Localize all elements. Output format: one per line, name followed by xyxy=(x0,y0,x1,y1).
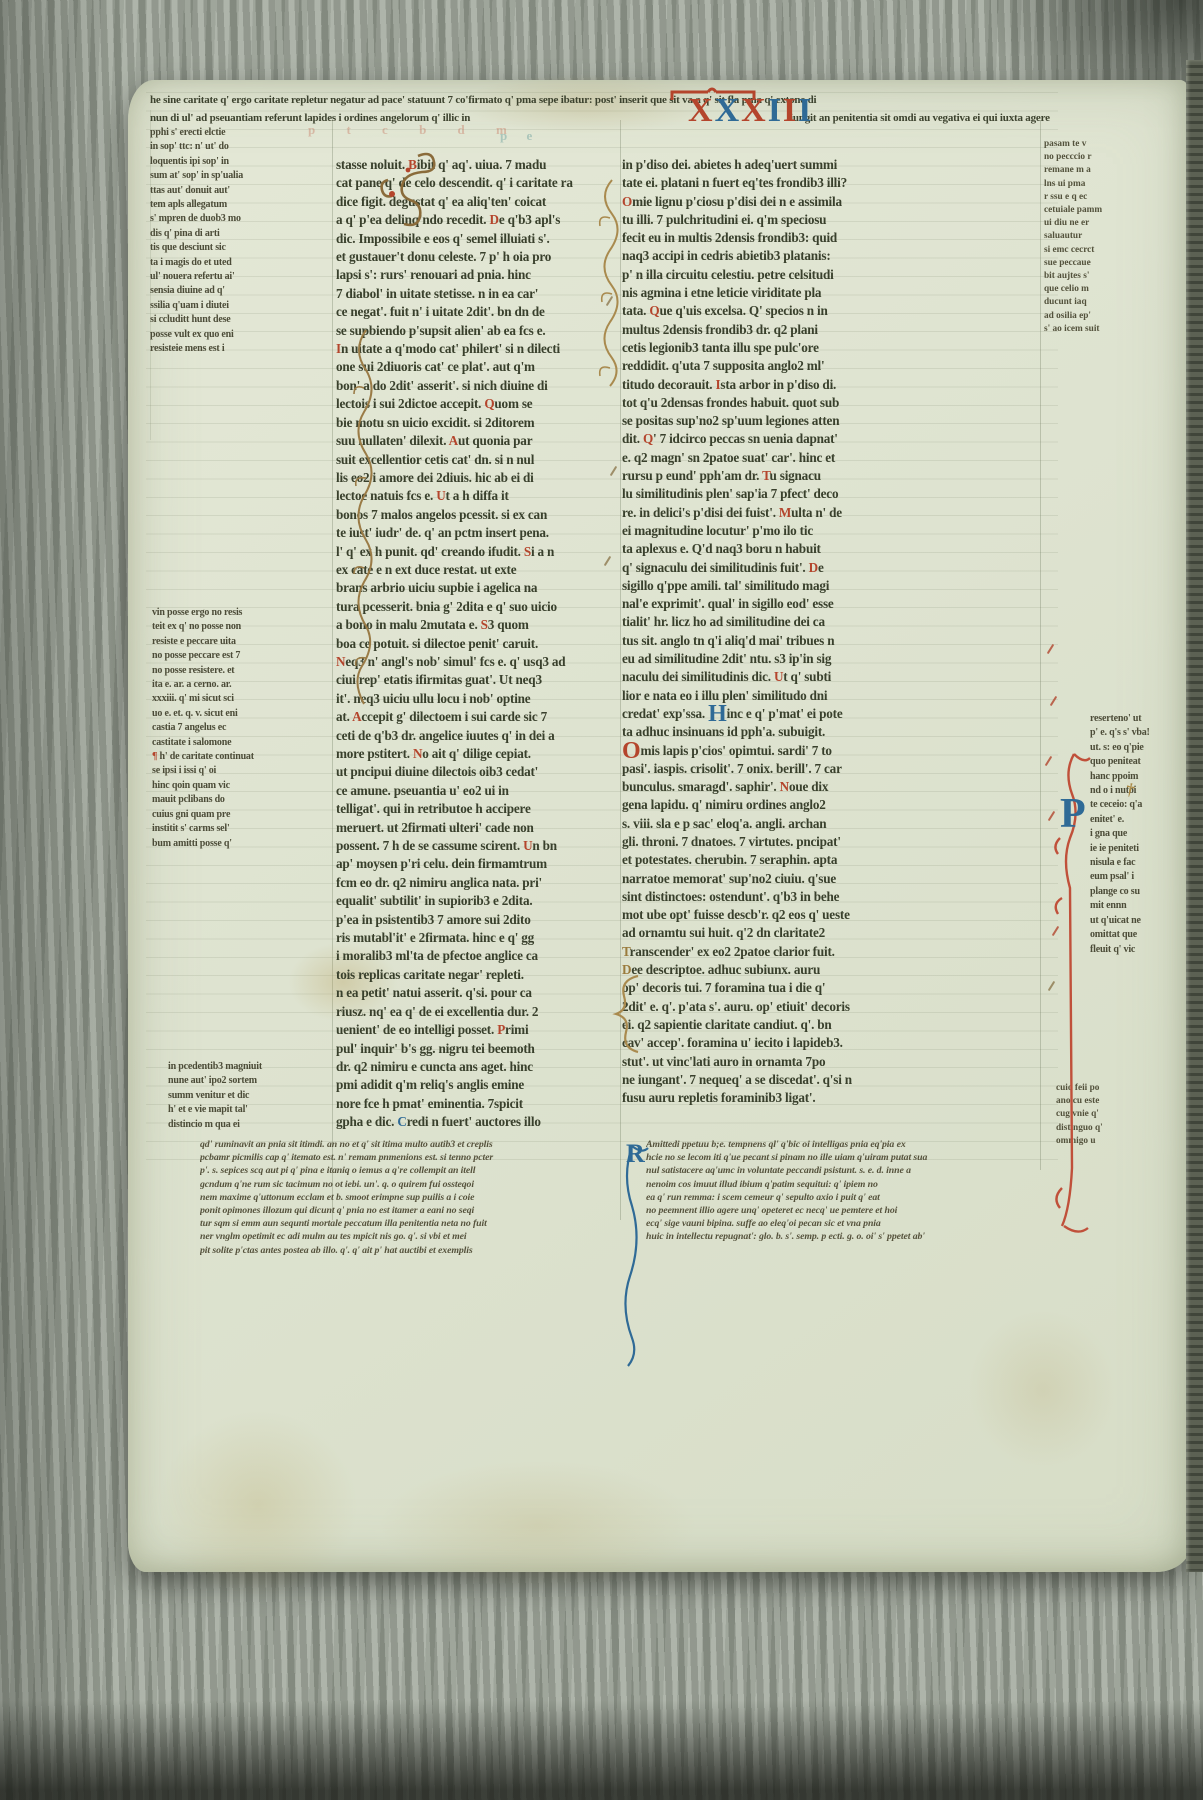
text-line: bit aujtes s' xyxy=(1044,270,1170,283)
text-line: naq3 accipi in cedris abietib3 platanis: xyxy=(622,247,1040,265)
text-line: ponit opimones illozum qui dicunt q' pni… xyxy=(200,1204,648,1217)
text-line: tata. Que q'uis excelsa. Q' specios n in xyxy=(622,302,1040,320)
rubricated-initial: I xyxy=(715,377,720,392)
rubricated-initial: ¶ xyxy=(152,751,157,762)
text-line: eum psal' i xyxy=(1090,870,1190,884)
running-header-line2-right: iungit an penitentia sit omdi au vegativ… xyxy=(790,112,1170,124)
text-line: uo e. et. q. v. sicut eni xyxy=(152,707,334,721)
text-line: more pstitert. No ait q' dilige cepiat. xyxy=(336,745,620,763)
rubricated-initial: O xyxy=(622,742,640,760)
text-line: Amittedi ppetuu b;e. tempnens ql' q'bic … xyxy=(646,1138,1076,1151)
text-line: ce negat'. fuit n' i uitate 2dit'. bn dn… xyxy=(336,303,620,321)
text-line: h' et e vie mapit tal' xyxy=(168,1103,340,1117)
rubricated-initial: A xyxy=(352,709,361,724)
text-line: ad osilia ep' xyxy=(1044,310,1170,323)
text-line: ducunt iaq xyxy=(1044,296,1170,309)
text-line: ut. s: eo q'pie xyxy=(1090,741,1190,755)
text-line: tot q'u 2densas frondes habuit. quot sub xyxy=(622,394,1040,412)
text-line: telligat'. qui in retributoe h accipere xyxy=(336,800,620,818)
text-line: ita e. ar. a cerno. ar. xyxy=(152,678,334,692)
text-line: q' signaculu dei similitudinis fuit'. De xyxy=(622,559,1040,577)
text-line: gli. throni. 7 dnatoes. 7 virtutes. pnci… xyxy=(622,833,1040,851)
text-line: nal'e exprimit'. qual' in sigillo eod' e… xyxy=(622,595,1040,613)
text-line: bum amitti posse q' xyxy=(152,837,334,851)
text-line: dit. Q' 7 idcirco peccas sn uenia dapnat… xyxy=(622,430,1040,448)
text-line: nul satistacere aq'umc in voluntate pecc… xyxy=(646,1164,1076,1177)
text-line: ssilia q'uam i diutei xyxy=(150,299,332,313)
text-line: narratoe memorat' sup'no2 ciuiu. q'sue xyxy=(622,870,1040,888)
text-line: p'. s. sepices scq aut pi q' pina e itan… xyxy=(200,1164,648,1177)
text-line: se ipsi i issi q' oi xyxy=(152,764,334,778)
text-line: ne iungant'. 7 nequeq' a se discedat'. q… xyxy=(622,1071,1040,1089)
text-line: l' q' ex h punit. qd' creando ifudit. Si… xyxy=(336,543,620,561)
text-line: mit ennn xyxy=(1090,899,1190,913)
text-line: ie ie peniteti xyxy=(1090,842,1190,856)
text-line: pul' inquir' b's gg. nigru tei beemoth xyxy=(336,1040,620,1058)
text-line: ei. q2 sapientie claritate candiut. q'. … xyxy=(622,1016,1040,1034)
text-line: hanc ppoim xyxy=(1090,770,1190,784)
text-line: ceti de q'b3 dr. angelice iuutes q' in d… xyxy=(336,727,620,745)
text-line: que celio m xyxy=(1044,283,1170,296)
text-line: ut pncipui diuine dilectois oib3 cedat' xyxy=(336,763,620,781)
text-line: 2dit' e. q'. p'ata s'. auru. op' etiuit'… xyxy=(622,998,1040,1016)
rubricated-initial: M xyxy=(779,505,791,520)
text-line: r ssu e q ec xyxy=(1044,191,1170,204)
text-line: boa ce potuit. si dilectoe penit' caruit… xyxy=(336,635,620,653)
text-line: s' mpren de duob3 mo xyxy=(150,212,332,226)
marginal-vine-flourish xyxy=(350,328,378,708)
text-line: Dee descriptoe. adhuc subiunx. auru xyxy=(622,961,1040,979)
rubricated-initial: D xyxy=(809,560,818,575)
text-line: pcbamr picmilis cap q' itemato est. n' r… xyxy=(200,1151,648,1164)
text-line: ¶ h' de caritate continuat xyxy=(152,750,334,764)
text-line: omittat que xyxy=(1090,928,1190,942)
text-line: op' decoris tui. 7 foramina tua i die q' xyxy=(622,979,1040,997)
text-line: in pcedentib3 magniuit xyxy=(168,1060,340,1074)
text-line: enitet' e. xyxy=(1090,813,1190,827)
parchment-stain xyxy=(378,1460,698,1590)
text-line: sigillo q'ppe amili. tal' similitudo mag… xyxy=(622,577,1040,595)
text-line: tus sit. anglo tn q'i aliq'd mai' tribue… xyxy=(622,632,1040,650)
text-line: n ea petit' natui asserit. q'si. pour ca xyxy=(336,984,620,1002)
text-line: cuius gni quam pre xyxy=(152,808,334,822)
adjacent-page-edge xyxy=(1186,60,1203,1572)
text-line: dis q' pina di arti xyxy=(150,227,332,241)
text-line: lectoe natuis fcs e. Ut a h diffa it xyxy=(336,487,620,505)
initial-flourish-transcendit xyxy=(608,970,648,1056)
rubricated-initial: S xyxy=(481,617,488,632)
text-line: ta adhuc insinuans id pph'a. subuigit. xyxy=(622,723,1040,741)
text-line: hcie no se lecom iti q'ue pecant si pina… xyxy=(646,1151,1076,1164)
text-line: Omie lignu p'ciosu p'disi dei n e assimi… xyxy=(622,193,1040,211)
text-line: s' ao icem suit xyxy=(1044,323,1170,336)
text-line: tem apls allegatum xyxy=(150,198,332,212)
text-line: teit ex q' no posse non xyxy=(152,620,334,634)
text-line: lectois i sui 2dictoe accepit. Quom se xyxy=(336,395,620,413)
top-left-marginal-gloss: pphi s' erecti elctiein sop' ttc: n' ut'… xyxy=(150,126,332,357)
bottom-commentary-right: Amittedi ppetuu b;e. tempnens ql' q'bic … xyxy=(646,1138,1076,1244)
penwork-initial-p: P xyxy=(1060,794,1086,834)
text-line: ei magnitudine locutur' p'mo ilo tic xyxy=(622,522,1040,540)
text-line: ta i magis do et uted xyxy=(150,256,332,270)
text-line: fleuit q' vic xyxy=(1090,943,1190,957)
text-line: gpha e dic. Credi n fuert' auctores illo xyxy=(336,1113,620,1131)
text-line: cetis legionib3 tanta illu spe pulc'ore xyxy=(622,339,1040,357)
text-line: tate ei. platani n fuert eq'tes frondib3… xyxy=(622,174,1040,192)
rubricated-initial: U xyxy=(436,488,445,503)
text-line: remane m a xyxy=(1044,164,1170,177)
text-line: quo peniteat xyxy=(1090,755,1190,769)
text-line: it'. neq3 uiciu ullu locu i nob' optine xyxy=(336,690,620,708)
text-line: bunculus. smaragd'. saphir'. Noue dix xyxy=(622,778,1040,796)
rubricated-initial: P xyxy=(497,1022,505,1037)
text-line: suit excellentior cetis cat' dn. si n nu… xyxy=(336,451,620,469)
text-line: sint distinctoes: ostendunt'. q'b3 in be… xyxy=(622,888,1040,906)
numeral-letter: I xyxy=(783,92,798,129)
text-line: sensia diuine ad q' xyxy=(150,284,332,298)
top-right-marginal-gloss: pasam te vno pecccio rremane m alns ui p… xyxy=(1044,138,1170,336)
text-line: ce amune. pseuantia u' eo2 ui in xyxy=(336,782,620,800)
text-line: Omis lapis p'cios' opimtui. sardi' 7 to xyxy=(622,742,1040,760)
text-line: multus 2densis frondib3 dr. q2 plani xyxy=(622,321,1040,339)
text-line: gena lapidu. q' nimiru ordines anglo2 xyxy=(622,796,1040,814)
rubricated-initial: N xyxy=(336,654,345,669)
text-line: huic in intellectu repugnat': glo. b. s'… xyxy=(646,1230,1076,1243)
text-line: rursu p eund' pph'am dr. Tu signacu xyxy=(622,467,1040,485)
text-line: gcndum q'ne rum sic tacimum no ot iebi. … xyxy=(200,1178,648,1191)
text-line: ris mutabl'it' e 2firmata. hinc e q' gg xyxy=(336,929,620,947)
text-line: ui diu ne er xyxy=(1044,217,1170,230)
text-line: cav' accep'. foramina u' iecito i lapide… xyxy=(622,1034,1040,1052)
text-line: ner vnglm opetimit ec adi mulm au tes mp… xyxy=(200,1230,648,1243)
text-line: eu ad similitudine 2dit' ntu. s3 ip'in s… xyxy=(622,650,1040,668)
running-header-line1: he sine caritate q' ergo caritate replet… xyxy=(150,94,1170,106)
text-line: ta aplexus e. Q'd naq3 boru n habuit xyxy=(622,540,1040,558)
background-shadow-bottom xyxy=(0,1700,1203,1800)
text-line: ea q' run remma: i scem cemeur q' sepult… xyxy=(646,1191,1076,1204)
text-line: one sui 2diuoris cat' ce plat'. aut q'm xyxy=(336,358,620,376)
text-line: sum at' sop' in sp'ualia xyxy=(150,169,332,183)
text-line: qd' ruminavit an pnia sit itimdi. an no … xyxy=(200,1138,648,1151)
text-line: p'ea in psistentib3 7 amore sui 2dito xyxy=(336,911,620,929)
rubricated-initial: H xyxy=(708,705,726,723)
rubricated-initial: T xyxy=(622,944,630,959)
text-line: bonos 7 malos angelos pcessit. si ex can xyxy=(336,506,620,524)
rubricated-initial: U xyxy=(523,838,532,853)
intercolumn-vine-flourish xyxy=(594,178,628,388)
text-line: saluautur xyxy=(1044,230,1170,243)
text-line: meruert. ut 2firmati ulteri' cade non xyxy=(336,819,620,837)
text-line: castia 7 angelus ec xyxy=(152,721,334,735)
text-line: ex cate e n ext duce restat. ut exte xyxy=(336,561,620,579)
rubricated-initial: S xyxy=(524,544,531,559)
text-line: tu illi. 7 pulchritudini ei. q'm specios… xyxy=(622,211,1040,229)
text-line: credat' exp'ssa. Hinc e q' p'mat' ei pot… xyxy=(622,705,1040,723)
text-line: hinc qoin quam vic xyxy=(152,779,334,793)
text-line: at. Accepit g' dilectoem i sui carde sic… xyxy=(336,708,620,726)
text-line: naculu dei similitudinis dic. Ut q' subt… xyxy=(622,668,1040,686)
text-line: pmi adidit q'm reliq's anglis emine xyxy=(336,1076,620,1094)
mid-left-marginal-gloss: vin posse ergo no resisteit ex q' no pos… xyxy=(152,606,334,851)
text-line: distincio m qua ei xyxy=(168,1118,340,1132)
text-line: cetuiale pamm xyxy=(1044,204,1170,217)
text-line: nd o i nutoi xyxy=(1090,784,1190,798)
text-line: in sop' ttc: n' ut' do xyxy=(150,140,332,154)
text-line: no posse peccare est 7 xyxy=(152,649,334,663)
rubricated-initial: Q xyxy=(484,396,494,411)
text-line: equalit' subtilit' in supiorib3 e 2dita. xyxy=(336,892,620,910)
text-line: mauit pclibans do xyxy=(152,793,334,807)
text-line: te iust' iudr' de. q' an pctm insert pen… xyxy=(336,524,620,542)
text-line: nis agmina i etne leticie viriditate pla xyxy=(622,284,1040,302)
rubricated-initial: N xyxy=(413,746,422,761)
text-line: ad ornamtu sui huit. q'2 dn claritate2 xyxy=(622,924,1040,942)
ruling-vertical xyxy=(1040,120,1041,1170)
text-line: Transcender' ex eo2 2patoe clarior fuit. xyxy=(622,943,1040,961)
text-line: sue peccaue xyxy=(1044,257,1170,270)
right-marginal-gloss: reserteno' utp' e. q's s' vba!ut. s: eo … xyxy=(1090,712,1190,957)
text-line: castitate i salomone xyxy=(152,736,334,750)
text-line: tois replicas caritate negar' repleti. xyxy=(336,966,620,984)
text-line: nisula e fac xyxy=(1090,856,1190,870)
text-line: summ venitur et dic xyxy=(168,1089,340,1103)
text-line: s. viii. sla e p sac' eloq'a. angli. arc… xyxy=(622,815,1040,833)
rubricated-initial: U xyxy=(774,669,783,684)
rubricated-initial: C xyxy=(397,1114,406,1129)
text-line: se positas sup'no2 sp'uum legiones atten xyxy=(622,412,1040,430)
bottom-left-marginal-gloss: in pcedentib3 magniuitnune aut' ipo2 sor… xyxy=(168,1060,340,1132)
text-line: nem maxime q'uttonum ecclam et b. smoot … xyxy=(200,1191,648,1204)
zoomorphic-initial-flourish xyxy=(378,150,438,226)
text-line: bie motu sn uicio excidit. si 2ditorem xyxy=(336,414,620,432)
text-line: tur sqm si emm aun sequnti mortale pecca… xyxy=(200,1217,648,1230)
text-line: uenient' de eo intelligi posset. Primi xyxy=(336,1021,620,1039)
text-line: et potestates. cherubin. 7 seraphin. apt… xyxy=(622,851,1040,869)
text-line: e. q2 magn' sn 2patoe suat' car'. hinc e… xyxy=(622,449,1040,467)
rubricated-initial: D xyxy=(490,212,499,227)
text-line: in p'diso dei. abietes h adeq'uert summi xyxy=(622,156,1040,174)
text-line: lns ui pma xyxy=(1044,178,1170,191)
text-line: ecq' sige vauni bipina. suffe ao eleq'oi… xyxy=(646,1217,1076,1230)
text-line: titudo decorauit. Ista arbor in p'diso d… xyxy=(622,376,1040,394)
text-line: i gna que xyxy=(1090,827,1190,841)
text-line: te ceceio: q'a xyxy=(1090,798,1190,812)
text-line: lu similitudinis plen' sap'ia 7 pfect' d… xyxy=(622,485,1040,503)
text-line: no pecccio r xyxy=(1044,151,1170,164)
text-line: p' e. q's s' vba! xyxy=(1090,726,1190,740)
text-line: ul' nouera refertu ai' xyxy=(150,270,332,284)
text-line: bon' a do 2dit' asserit'. si nich diuine… xyxy=(336,377,620,395)
text-line: no peemnent illio agere unq' opeteret ec… xyxy=(646,1204,1076,1217)
rubric-bracket-ornament xyxy=(670,86,760,104)
text-line: stut'. ut vinc'lati auro in ornamta 7po xyxy=(622,1053,1040,1071)
text-line: dr. q2 nimiru e cuncta ans aget. hinc xyxy=(336,1058,620,1076)
rubricated-initial: Q xyxy=(649,303,659,318)
text-line: reddidit. q'uta 7 supposita anglo2 ml' xyxy=(622,357,1040,375)
text-line: a bono in malu 2mutata e. S3 quom xyxy=(336,616,620,634)
text-line: loquentis ipi sop' in xyxy=(150,155,332,169)
text-line: lapsi s': rurs' renouari ad pnia. hinc xyxy=(336,266,620,284)
text-line: fecit eu in multis 2densis frondib3: qui… xyxy=(622,229,1040,247)
text-line: In uitate a q'modo cat' philert' si n di… xyxy=(336,340,620,358)
text-line: pasam te v xyxy=(1044,138,1170,151)
text-line: ciui rep' etatis ifirmitas guat'. Ut neq… xyxy=(336,671,620,689)
text-line: ap' moysen p'ri celu. dein firmamtrum xyxy=(336,855,620,873)
text-line: ttas aut' donuit aut' xyxy=(150,184,332,198)
text-line: possent. 7 h de se cassume scirent. Un b… xyxy=(336,837,620,855)
text-line: 7 diabol' in uitate stetisse. n in ea ca… xyxy=(336,285,620,303)
left-text-column: stasse noluit. Bibit q' aq'. uiua. 7 mad… xyxy=(336,156,620,1132)
text-line: tis que desciunt sic xyxy=(150,241,332,255)
text-line: nore fce h pmat' eminentia. 7spicit xyxy=(336,1095,620,1113)
vellum-page: he sine caritate q' ergo caritate replet… xyxy=(128,80,1190,1572)
bottom-commentary-left: qd' ruminavit an pnia sit itimdi. an no … xyxy=(200,1138,648,1257)
text-line: mot ube opt' fuisse descb'r. q2 eos q' u… xyxy=(622,906,1040,924)
rubricated-initial: T xyxy=(762,468,769,483)
text-line: re. in delici's p'disi dei fuist'. Multa… xyxy=(622,504,1040,522)
text-line: riusz. nq' ea q' de ei excellentia dur. … xyxy=(336,1003,620,1021)
text-line: pasi'. iaspis. crisolit'. 7 onix. berill… xyxy=(622,760,1040,778)
text-line: xxxiii. q' mi sicut sci xyxy=(152,692,334,706)
text-line: i moralib3 ml'ta de pfectoe anglice ca xyxy=(336,947,620,965)
text-line: si ccluditt hunt dese xyxy=(150,313,332,327)
text-line: suu nullaten' dilexit. Aut quonia par xyxy=(336,432,620,450)
rubricated-initial: Q xyxy=(643,431,653,446)
text-line: Neq3 n' angl's nob' simul' fcs e. q' usq… xyxy=(336,653,620,671)
text-line: plange co su xyxy=(1090,885,1190,899)
rubricated-initial: I xyxy=(336,341,341,356)
parchment-stain xyxy=(158,1410,358,1600)
text-line: resisteie mens est i xyxy=(150,342,332,356)
offset-ink-ghost-blue: p e xyxy=(500,128,540,144)
text-line: se supbiendo p'supsit alien' ab ea fcs e… xyxy=(336,322,620,340)
parchment-stain xyxy=(968,1310,1118,1470)
numeral-letter: I xyxy=(798,92,813,129)
text-line: institit s' carms sel' xyxy=(152,822,334,836)
rubricated-initial: A xyxy=(449,433,458,448)
text-line: et gustauer't donu celeste. 7 p' h oia p… xyxy=(336,248,620,266)
text-line: dic. Impossibile e eos q' semel illuiati… xyxy=(336,230,620,248)
offset-ink-ghost-red: p t c b d m xyxy=(308,122,521,138)
text-line: p' n illa circuitu celestiu. petre celsi… xyxy=(622,266,1040,284)
text-line: vin posse ergo no resis xyxy=(152,606,334,620)
text-line: fcm eo dr. q2 nimiru anglica nata. pri' xyxy=(336,874,620,892)
text-line: lis eo2 i amore dei 2diuis. hic ab ei di xyxy=(336,469,620,487)
text-line: ut q'uicat ne xyxy=(1090,914,1190,928)
text-line: pphi s' erecti elctie xyxy=(150,126,332,140)
text-line: no posse resistere. et xyxy=(152,664,334,678)
numeral-letter: I xyxy=(768,92,783,129)
text-line: pit solite p'ctas antes postea ab illo. … xyxy=(200,1244,648,1257)
text-line: tura pcesserit. bnia g' 2dita e q' suo u… xyxy=(336,598,620,616)
right-text-column: in p'diso dei. abietes h adeq'uert summi… xyxy=(622,156,1040,1107)
text-line: brans arbrio uiciu supbie i agelica na xyxy=(336,579,620,597)
text-line: fusu auru repletis foraminib3 ligat'. xyxy=(622,1089,1040,1107)
text-line: si emc cecrct xyxy=(1044,244,1170,257)
text-line: lior e nata eo i illu plen' similitudo d… xyxy=(622,687,1040,705)
text-line: nenoim cos imuut illud ibium q'patim seq… xyxy=(646,1178,1076,1191)
text-line: nune aut' ipo2 sortem xyxy=(168,1074,340,1088)
text-line: posse vult ex quo eni xyxy=(150,328,332,342)
text-line: tialit' hr. licz ho ad similitudine dei … xyxy=(622,613,1040,631)
rubricated-initial: N xyxy=(780,779,789,794)
text-line: resiste e peccare uita xyxy=(152,635,334,649)
text-line: reserteno' ut xyxy=(1090,712,1190,726)
